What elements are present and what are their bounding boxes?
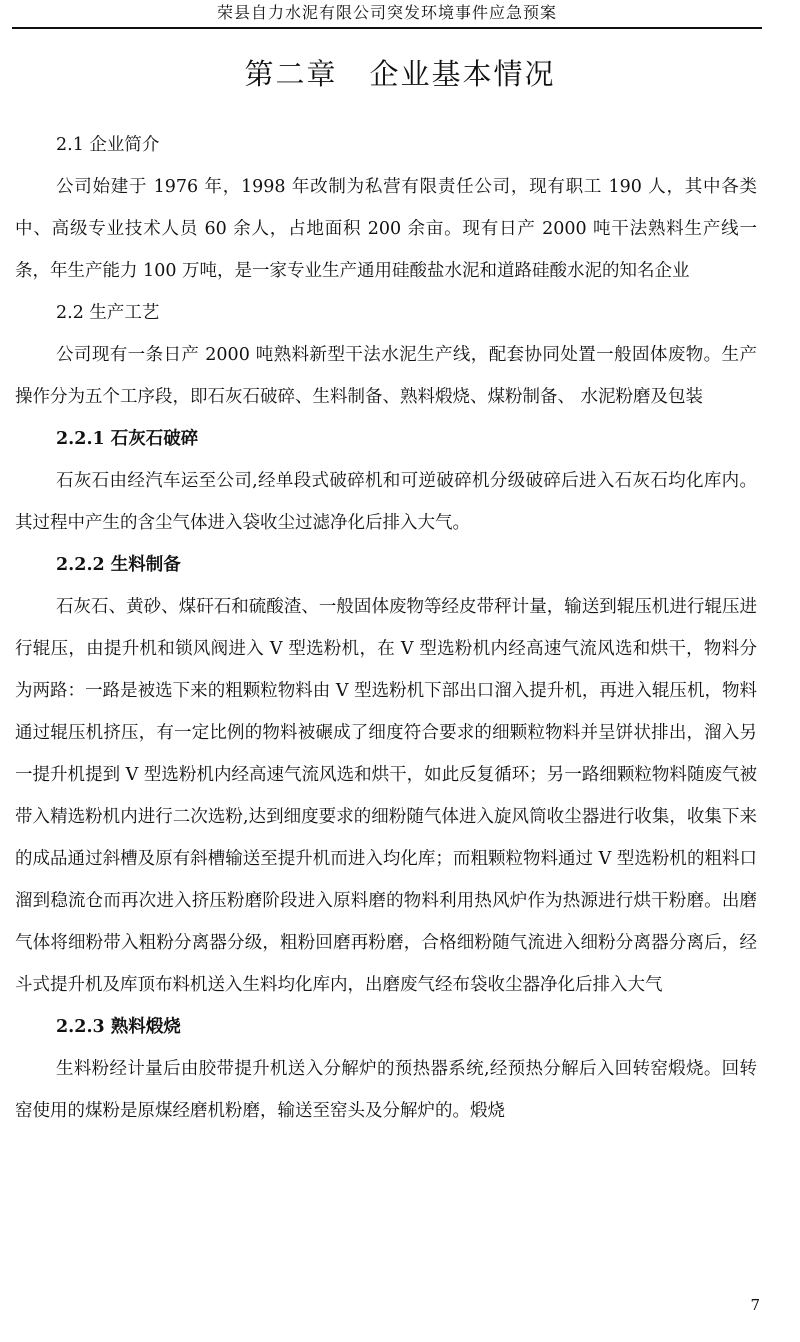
document-body: 2.1 企业简介 公司始建于 1976 年，1998 年改制为私营有限责任公司，…: [15, 124, 757, 1132]
section-heading-2-2-2: 2.2.2 生料制备: [15, 544, 757, 586]
section-heading-2-2: 2.2 生产工艺: [15, 292, 757, 334]
page-number: 7: [750, 1296, 760, 1314]
section-paragraph-2-2: 公司现有一条日产 2000 吨熟料新型干法水泥生产线，配套协同处置一般固体废物。…: [15, 334, 757, 418]
section-paragraph-2-2-2: 石灰石、黄砂、煤矸石和硫酸渣、一般固体废物等经皮带秤计量，输送到辊压机进行辊压进…: [15, 586, 757, 1006]
chapter-name: 企业基本情况: [370, 57, 556, 91]
section-paragraph-2-2-3: 生料粉经计量后由胶带提升机送入分解炉的预热器系统,经预热分解后入回转窑煅烧。回转…: [15, 1048, 757, 1132]
section-paragraph-2-1: 公司始建于 1976 年，1998 年改制为私营有限责任公司，现有职工 190 …: [15, 166, 757, 292]
chapter-title: 第二章企业基本情况: [0, 52, 800, 93]
section-heading-2-2-3: 2.2.3 熟料煅烧: [15, 1006, 757, 1048]
running-header-title: 荣县自力水泥有限公司突发环境事件应急预案: [217, 3, 557, 22]
running-header: 荣县自力水泥有限公司突发环境事件应急预案: [12, 0, 762, 29]
section-heading-2-2-1: 2.2.1 石灰石破碎: [15, 418, 757, 460]
section-heading-2-1: 2.1 企业简介: [15, 124, 757, 166]
section-paragraph-2-2-1: 石灰石由经汽车运至公司,经单段式破碎机和可逆破碎机分级破碎后进入石灰石均化库内。…: [15, 460, 757, 544]
chapter-number: 第二章: [244, 57, 337, 91]
